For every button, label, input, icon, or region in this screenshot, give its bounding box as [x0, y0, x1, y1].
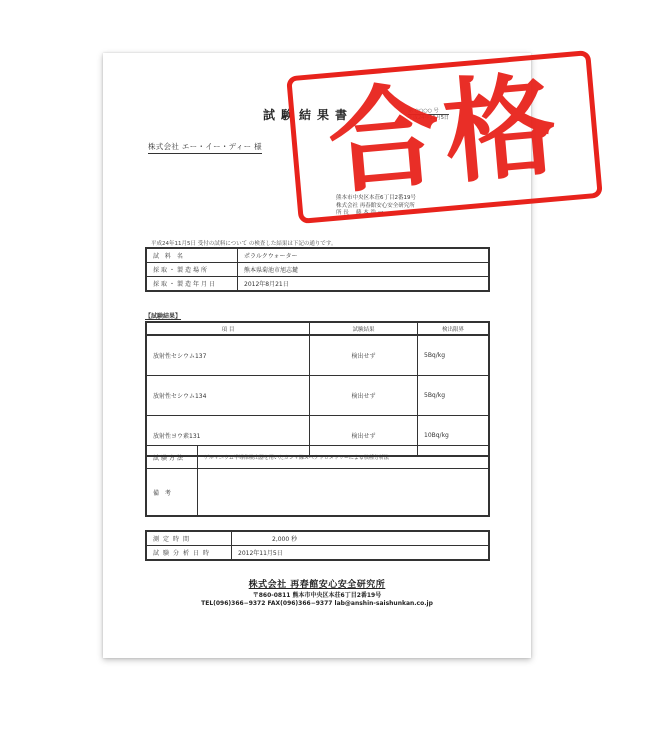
pass-stamp-text: 合格 [291, 47, 598, 222]
table-row: 測定時間 2,000 秒 [146, 531, 489, 546]
sample-info-table: 試 料 名 ポラルクウォーター 採取・製造場所 熊本県菊池市旭志麓 採取・製造年… [145, 247, 490, 292]
result-limit: 5Bq/kg [418, 335, 490, 376]
method-value: ゲルマニウム半導体検出器を用いたガンマ線スペクトロメトリーによる核種分析法 [198, 446, 490, 469]
sample-value: 2012年8月21日 [238, 277, 490, 292]
sample-label: 採取・製造年月日 [146, 277, 238, 292]
table-row: 試験方法 ゲルマニウム半導体検出器を用いたガンマ線スペクトロメトリーによる核種分… [146, 446, 489, 469]
method-label: 試験方法 [146, 446, 198, 469]
table-row: 放射性セシウム137 検出せず 5Bq/kg [146, 335, 489, 376]
measurement-label: 測定時間 [146, 531, 232, 546]
footer-contact: TEL(096)366−9372 FAX(096)366−9377 lab@an… [103, 600, 531, 607]
measurement-table: 測定時間 2,000 秒 試験分析日時 2012年11月5日 [145, 530, 490, 561]
table-row: 試験分析日時 2012年11月5日 [146, 546, 489, 561]
pass-stamp: 合格 [286, 50, 603, 224]
footer-address: 〒860-0811 熊本市中央区本荘6丁目2番19号 [103, 590, 531, 599]
method-table: 試験方法 ゲルマニウム半導体検出器を用いたガンマ線スペクトロメトリーによる核種分… [145, 445, 490, 517]
table-row: 放射性セシウム134 検出せず 5Bq/kg [146, 376, 489, 416]
intro-text: 平成24年11月5日 受付の試料について の検査した結果は下記の通りです。 [151, 239, 336, 247]
sample-label: 試 料 名 [146, 248, 238, 263]
measurement-value: 2012年11月5日 [232, 546, 490, 561]
column-header: 項 目 [146, 322, 310, 335]
table-row: 備 考 [146, 469, 489, 517]
result-limit: 5Bq/kg [418, 376, 490, 416]
result-value: 検出せず [310, 335, 418, 376]
sample-value: 熊本県菊池市旭志麓 [238, 263, 490, 277]
column-header: 検出限界 [418, 322, 490, 335]
sample-value: ポラルクウォーター [238, 248, 490, 263]
table-row: 採取・製造年月日 2012年8月21日 [146, 277, 489, 292]
table-row: 採取・製造場所 熊本県菊池市旭志麓 [146, 263, 489, 277]
measurement-label: 試験分析日時 [146, 546, 232, 561]
result-value: 検出せず [310, 376, 418, 416]
footer-company: 株式会社 再春館安心安全研究所 [103, 577, 531, 590]
remarks-value [198, 469, 490, 517]
results-section-label: 【試験結果】 [145, 311, 181, 320]
sample-label: 採取・製造場所 [146, 263, 238, 277]
result-item: 放射性セシウム134 [146, 376, 310, 416]
measurement-value: 2,000 秒 [232, 531, 490, 546]
table-row: 試 料 名 ポラルクウォーター [146, 248, 489, 263]
result-item: 放射性セシウム137 [146, 335, 310, 376]
results-table: 項 目 試験結果 検出限界 放射性セシウム137 検出せず 5Bq/kg 放射性… [145, 321, 490, 457]
column-header: 試験結果 [310, 322, 418, 335]
recipient: 株式会社 エー・イー・ディー 様 [148, 141, 262, 154]
table-header-row: 項 目 試験結果 検出限界 [146, 322, 489, 335]
remarks-label: 備 考 [146, 469, 198, 517]
